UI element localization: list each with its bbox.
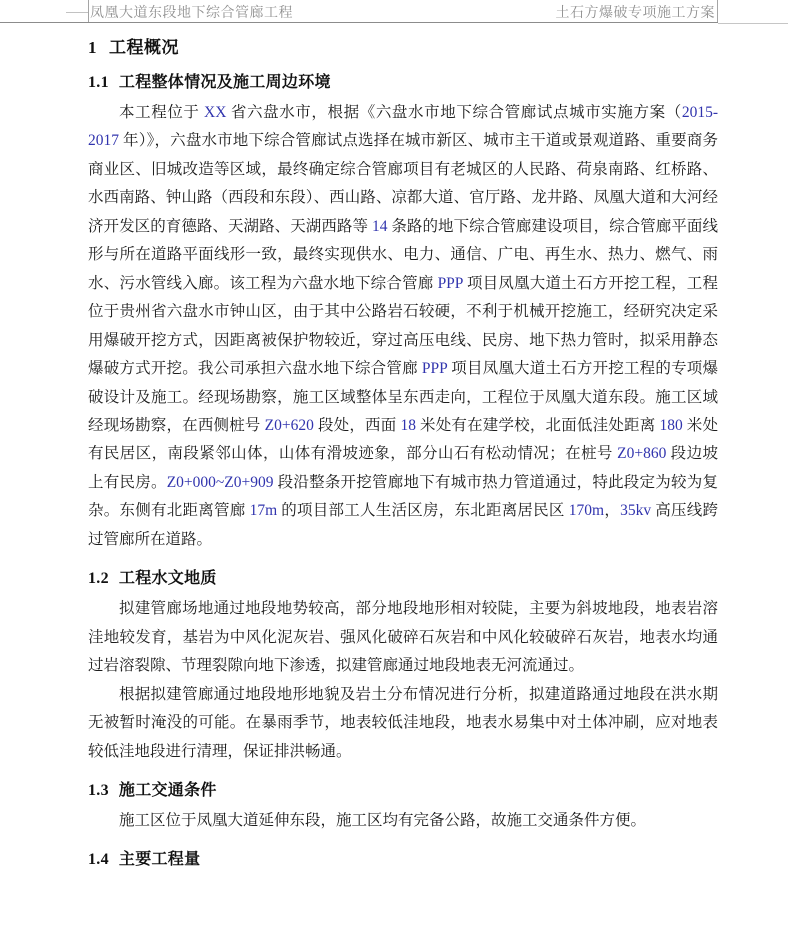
section-number: 1.1 [88, 74, 109, 91]
latin-run: 14 [372, 218, 388, 235]
text-run: 省六盘水市，根据《六盘水市地下综合管廊试点城市实施方案（ [226, 104, 681, 121]
header-rule-extension [718, 23, 788, 24]
text-run: 段处，西面 [314, 417, 401, 434]
paragraph: 拟建管廊场地通过地段地势较高，部分地段地形相对较陡，主要为斜坡地段，地表岩溶洼地… [88, 595, 718, 680]
section-number: 1.4 [88, 851, 109, 868]
latin-run: 180 [659, 417, 682, 434]
section-heading: 1.4主要工程量 [88, 846, 718, 869]
paragraph: 本工程位于 XX 省六盘水市，根据《六盘水市地下综合管廊试点城市实施方案（201… [88, 99, 718, 554]
section-title: 工程水文地质 [119, 570, 217, 587]
text-run: 的项目部工人生活区房，东北距离居民区 [277, 502, 569, 519]
section-heading: 1.1工程整体情况及施工周边环境 [88, 69, 718, 92]
latin-run: PPP [438, 275, 463, 292]
section-heading: 1.2工程水文地质 [88, 565, 718, 588]
latin-run: 170m [569, 502, 604, 519]
chapter-title: 工程概况 [109, 38, 179, 57]
text-run: 根据拟建管廊通过地段地形地貌及岩土分布情况进行分析，拟建道路通过地段在洪水期无被… [88, 686, 718, 760]
section-number: 1.3 [88, 782, 109, 799]
section-title: 工程整体情况及施工周边环境 [119, 74, 331, 91]
header-right-title: 土石方爆破专项施工方案 [556, 2, 716, 22]
latin-run: Z0+620 [265, 417, 314, 434]
section-title: 施工交通条件 [119, 782, 217, 799]
document-content: 1工程概况 1.1工程整体情况及施工周边环境本工程位于 XX 省六盘水市，根据《… [88, 24, 718, 876]
header-rule [0, 22, 718, 23]
sections: 1.1工程整体情况及施工周边环境本工程位于 XX 省六盘水市，根据《六盘水市地下… [88, 69, 718, 869]
section-title: 主要工程量 [119, 851, 201, 868]
latin-run: Z0+860 [617, 445, 666, 462]
latin-run: 35kv [620, 502, 651, 519]
latin-run: 18 [400, 417, 416, 434]
section-number: 1.2 [88, 570, 109, 587]
text-run: 施工区位于凤凰大道延伸东段，施工区均有完备公路，故施工交通条件方便。 [119, 812, 646, 829]
latin-run: Z0+000~Z0+909 [167, 474, 274, 491]
header-left-title: 凤凰大道东段地下综合管廊工程 [90, 2, 293, 22]
paragraph: 施工区位于凤凰大道延伸东段，施工区均有完备公路，故施工交通条件方便。 [88, 807, 718, 835]
text-run: ， [604, 502, 620, 519]
chapter-heading: 1工程概况 [88, 33, 718, 58]
running-header: 凤凰大道东段地下综合管廊工程 土石方爆破专项施工方案 [0, 0, 788, 22]
latin-run: PPP [422, 360, 447, 377]
section-heading: 1.3施工交通条件 [88, 777, 718, 800]
chapter-number: 1 [88, 38, 97, 57]
header-left-border [88, 0, 89, 22]
header-right-border [717, 0, 718, 22]
latin-run: 17m [250, 502, 278, 519]
header-left-tick [66, 12, 88, 13]
document-page: 凤凰大道东段地下综合管廊工程 土石方爆破专项施工方案 1工程概况 1.1工程整体… [0, 0, 788, 941]
text-run: 本工程位于 [119, 104, 204, 121]
text-run: 米处有在建学校，北面低洼处距离 [416, 417, 659, 434]
paragraph: 根据拟建管廊通过地段地形地貌及岩土分布情况进行分析，拟建道路通过地段在洪水期无被… [88, 681, 718, 766]
latin-run: XX [204, 104, 226, 121]
text-run: 拟建管廊场地通过地段地势较高，部分地段地形相对较陡，主要为斜坡地段，地表岩溶洼地… [88, 600, 718, 674]
